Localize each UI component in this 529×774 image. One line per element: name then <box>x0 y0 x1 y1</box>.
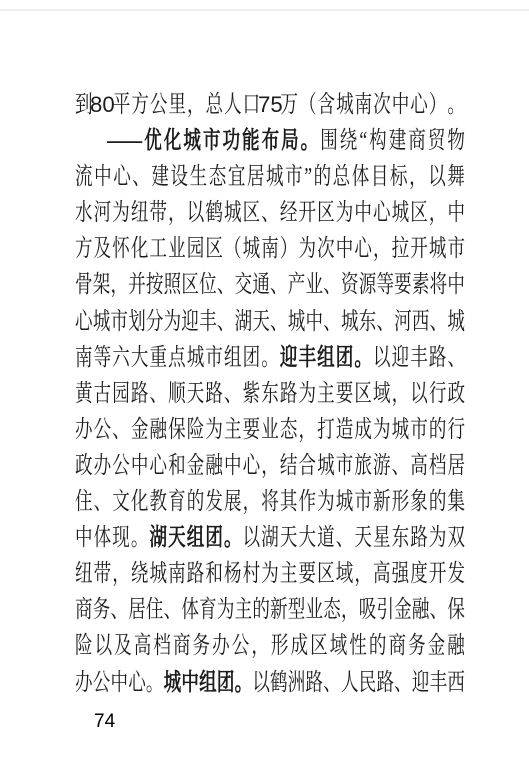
book-page: 到80平方公里，总人口75万（含城南次中心）。——优化城市功能布局。围绕“构建商… <box>0 0 529 774</box>
text-line: 商务、居住、体育为主的新型业态，吸引金融、保 <box>75 592 465 628</box>
text-line: 水河为纽带，以鹤城区、经开区为中心城区，中 <box>75 195 465 231</box>
text-line: 流中心、建设生态宜居城市”的总体目标，以舞 <box>75 159 465 195</box>
text-line: 中体现。湖天组团。以湖天大道、天星东路为双 <box>75 520 465 556</box>
text-line: 到80平方公里，总人口75万（含城南次中心）。 <box>75 87 465 123</box>
text-line: 骨架，并按照区位、交通、产业、资源等要素将中 <box>75 267 465 303</box>
text-line: 险以及高档商务办公，形成区域性的商务金融 <box>75 628 465 664</box>
text-line: 纽带，绕城南路和杨村为主要区域，高强度开发 <box>75 556 465 592</box>
text-line: 黄古园路、顺天路、紫东路为主要区域，以行政 <box>75 376 465 412</box>
page-number: 74 <box>94 710 115 734</box>
text-line: 住、文化教育的发展，将其作为城市新形象的集 <box>75 484 465 520</box>
text-line: 心城市划分为迎丰、湖天、城中、城东、河西、城 <box>75 304 465 340</box>
text-line: ——优化城市功能布局。围绕“构建商贸物 <box>75 123 465 159</box>
text-line: 办公、金融保险为主要业态，打造成为城市的行 <box>75 412 465 448</box>
scan-artifact-line <box>0 9 529 11</box>
text-line: 办公中心。城中组团。以鹤洲路、人民路、迎丰西 <box>75 665 465 701</box>
text-line: 方及怀化工业园区（城南）为次中心，拉开城市 <box>75 231 465 267</box>
text-line: 政办公中心和金融中心，结合城市旅游、高档居 <box>75 448 465 484</box>
text-line: 南等六大重点城市组团。迎丰组团。以迎丰路、 <box>75 340 465 376</box>
page-body-text: 到80平方公里，总人口75万（含城南次中心）。——优化城市功能布局。围绕“构建商… <box>75 87 465 701</box>
